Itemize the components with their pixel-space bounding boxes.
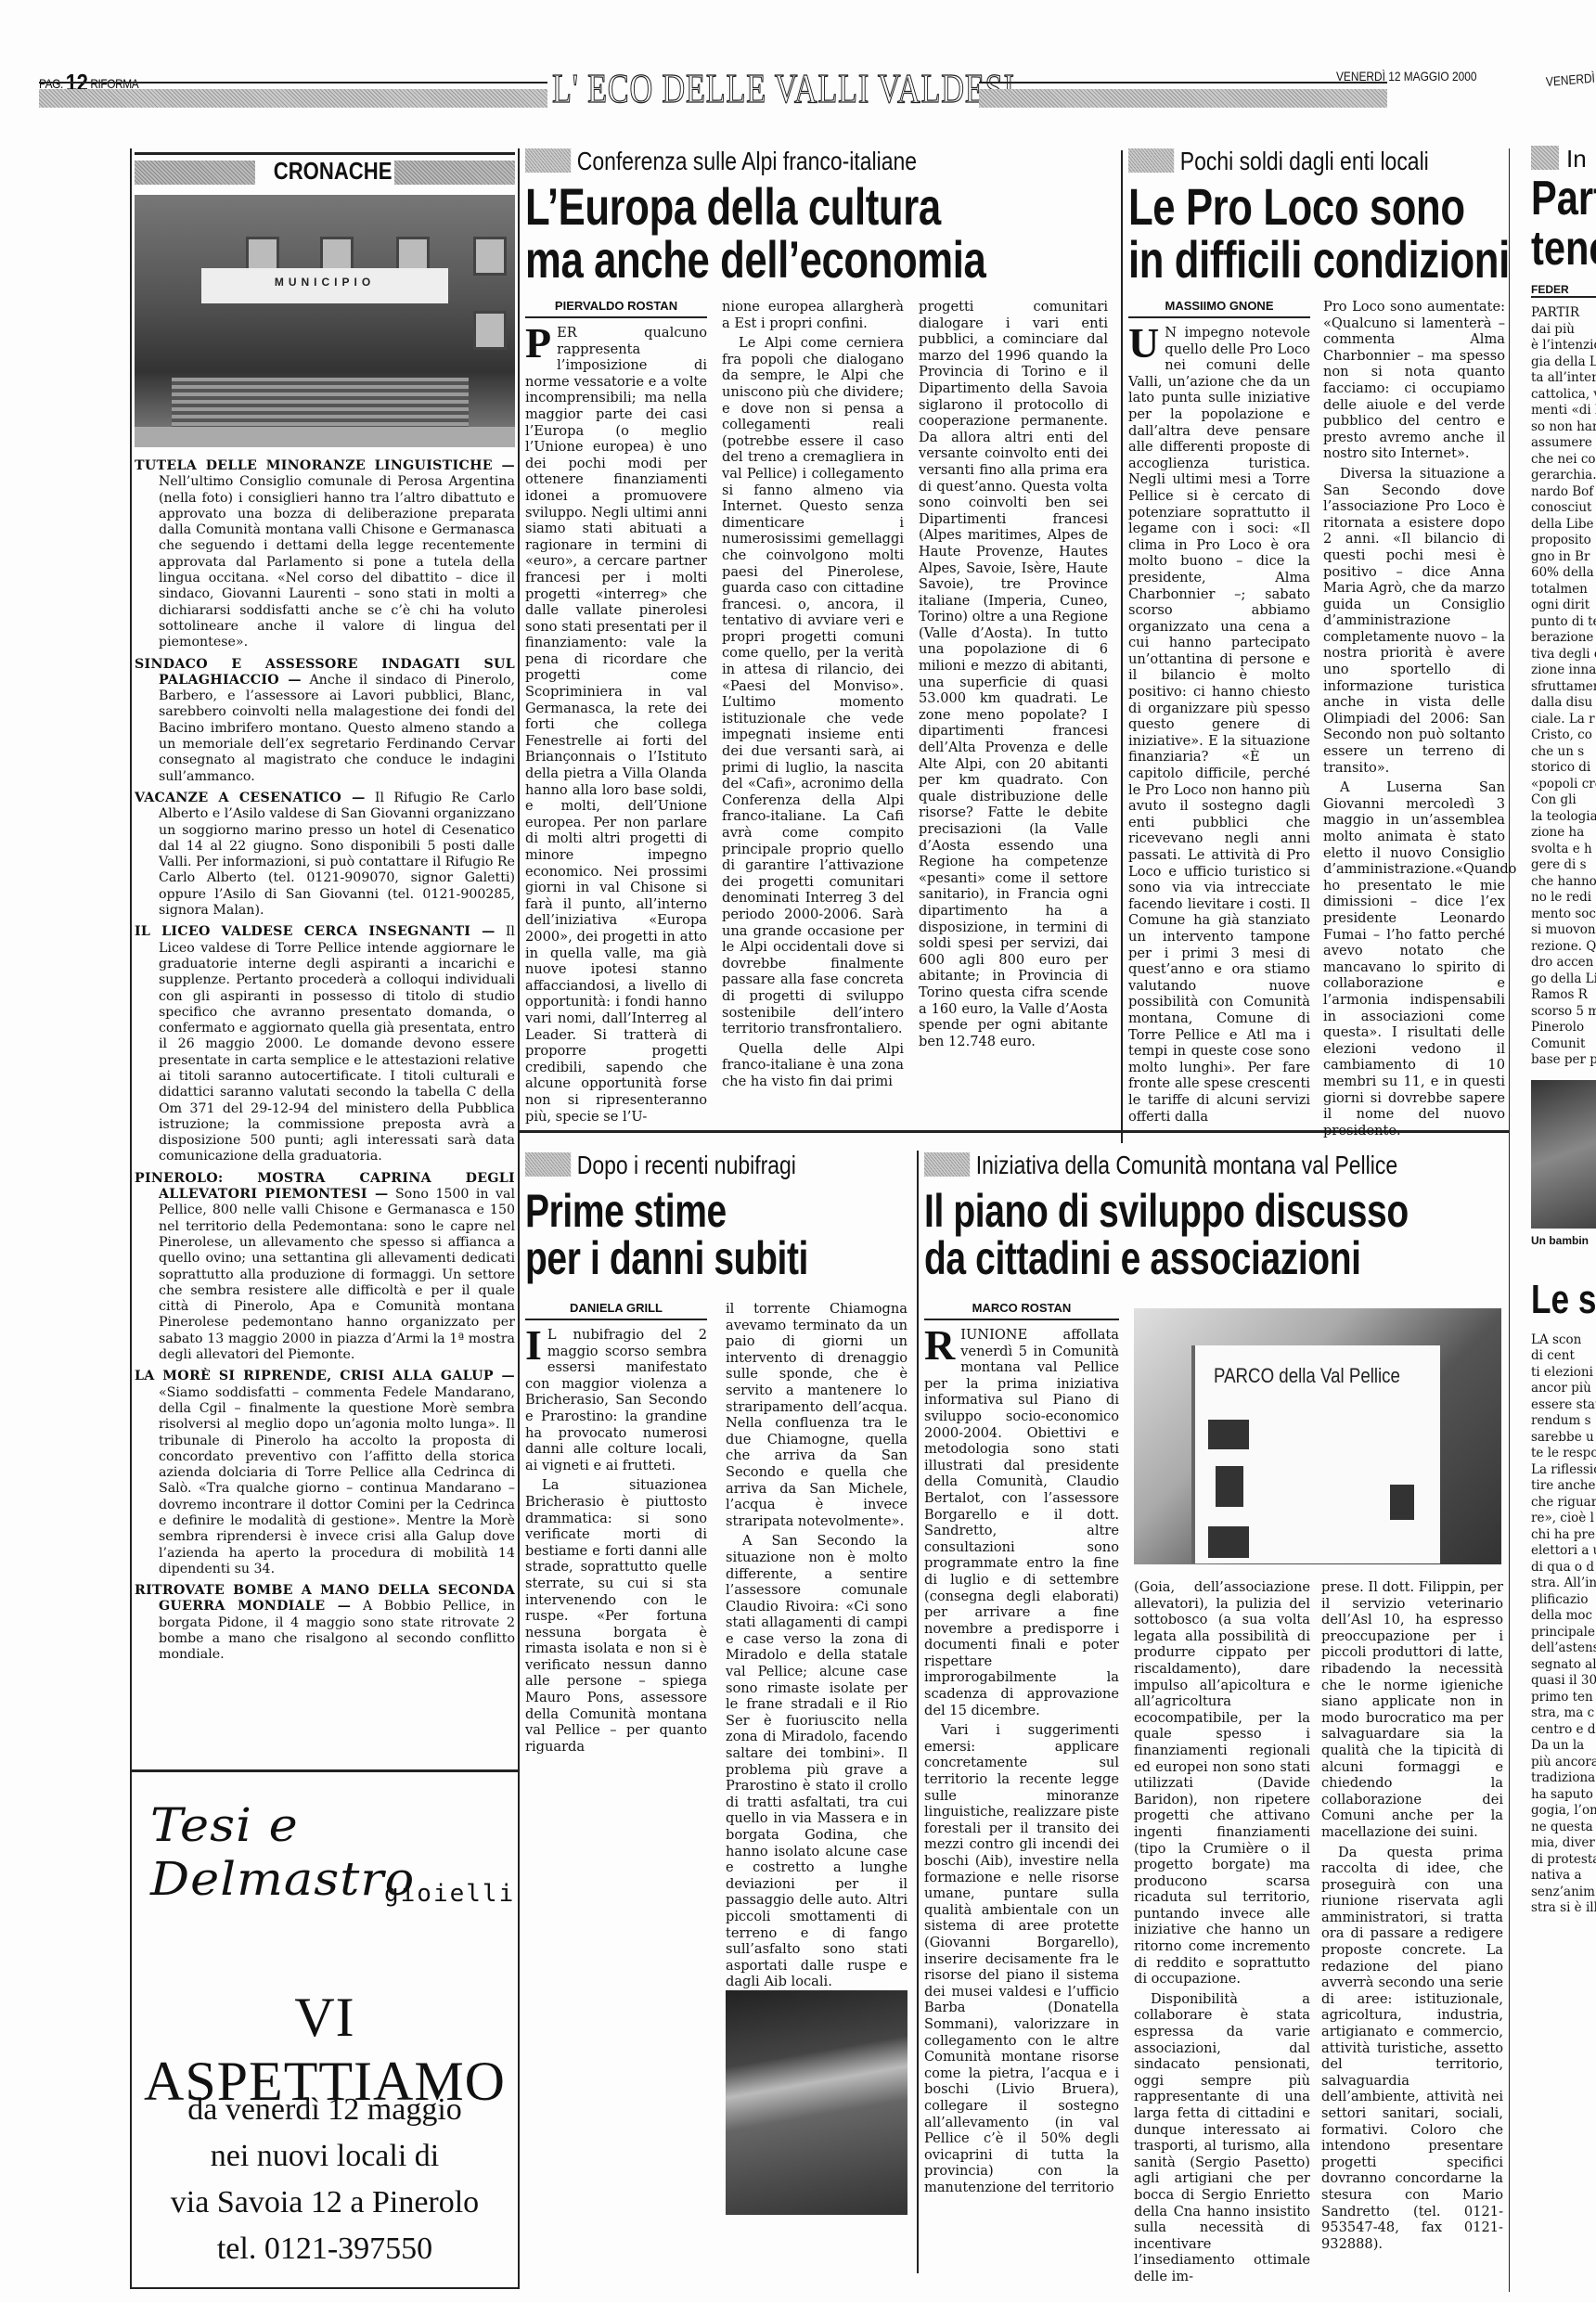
adjacent-headline-2: Le s <box>1531 1275 1583 1325</box>
text-line: stra. All’in <box>1531 1576 1596 1592</box>
text-line: Pinerolo <box>1531 1020 1596 1036</box>
text-line: ciale. La r <box>1531 712 1596 728</box>
text-line: menti «di b <box>1531 403 1596 419</box>
text-line: ti elezioni <box>1531 1365 1596 1382</box>
masthead: PAG. 12 RIFORMA L' ECO DELLE VALLI VALDE… <box>0 0 1596 130</box>
text-line: gogia, l’on <box>1531 1803 1596 1820</box>
text-line: essere stat <box>1531 1397 1596 1414</box>
dropcap: R <box>924 1329 955 1362</box>
text-line: ta all’intern <box>1531 370 1596 387</box>
article-headline: Le Pro Loco sono in difficili condizioni <box>1128 180 1510 286</box>
brief-item: VACANZE A CESENATICO — Il Rifugio Re Car… <box>135 791 515 919</box>
text-line: go della Li <box>1531 971 1596 988</box>
column-rule <box>1121 150 1123 1143</box>
text-line: Da un la <box>1531 1738 1596 1755</box>
adjacent-kicker: In <box>1531 145 1596 174</box>
text-line: Con gli <box>1531 792 1596 809</box>
text-line: dalla disu <box>1531 695 1596 712</box>
masthead-band-full-left <box>39 82 547 108</box>
text-line: svolta e h <box>1531 842 1596 858</box>
article-byline: MARCO ROSTAN <box>924 1301 1119 1320</box>
brief-item: LA MORÈ SI RIPRENDE, CRISI ALLA GALUP — … <box>135 1369 515 1577</box>
municipio-photo: MUNICIPIO <box>135 195 515 447</box>
article-column: prese. Il dott. Filippin, per il servizi… <box>1321 1579 1503 2252</box>
text-line: La riflessio <box>1531 1462 1596 1479</box>
text-line: mento soc <box>1531 907 1596 923</box>
text-line: plificazio <box>1531 1592 1596 1609</box>
column-rule <box>1509 148 1510 2292</box>
paragraph: Pro Loco sono aumentate: «Qualcuno si la… <box>1323 299 1505 462</box>
article-kicker: Pochi soldi dagli enti locali <box>1128 147 1429 176</box>
article-column: Pro Loco sono aumentate: «Qualcuno si la… <box>1323 299 1505 1139</box>
article-column: nione europea allargherà a Est i propri … <box>722 299 904 1090</box>
text-line: che un s <box>1531 744 1596 761</box>
text-line: si muovon <box>1531 922 1596 939</box>
text-line: quasi il 30 <box>1531 1673 1596 1690</box>
adjacent-page-date: VENERDÌ 12 <box>1546 69 1596 89</box>
text-line: ogni dirit <box>1531 598 1596 614</box>
article-headline: Prime stime per i danni subiti <box>525 1188 808 1282</box>
paragraph: Da questa prima raccolta di idee, che pr… <box>1321 1845 1503 2253</box>
municipio-sign: MUNICIPIO <box>201 268 448 289</box>
text-line: gerarchia. <box>1531 468 1596 484</box>
masthead-rule-right <box>979 82 1387 117</box>
text-line: Comunit <box>1531 1036 1596 1053</box>
paragraph: Vari i suggerimenti emersi: applicare co… <box>924 1722 1119 2195</box>
text-line: sfruttamen <box>1531 679 1596 696</box>
article-headline: L’Europa della cultura ma anche dell’eco… <box>525 180 985 286</box>
paragraph: (Goia, dell’associazione allevatori), la… <box>1134 1579 1310 1988</box>
section-header: CRONACHE <box>135 152 515 189</box>
text-line: storico di <box>1531 760 1596 777</box>
column-rule <box>518 148 520 1770</box>
cronache-column: CRONACHE MUNICIPIO TUTELA DELLE MINORANZ… <box>135 148 515 1664</box>
adjacent-headline: Parttenc <box>1531 174 1583 274</box>
text-line: della Libe <box>1531 517 1596 534</box>
text-line: rezione. Q <box>1531 939 1596 956</box>
paragraph: Quella delle Alpi franco-italiane è una … <box>722 1041 904 1090</box>
adjacent-photo-caption: Un bambin <box>1531 1234 1596 1247</box>
ad-line: via Savoia 12 a Pinerolo <box>132 2185 518 2220</box>
article-byline: PIERVALDO ROSTAN <box>525 299 707 318</box>
brief-item: RITROVATE BOMBE A MANO DELLA SECONDA GUE… <box>135 1583 515 1663</box>
text-line: segnato al <box>1531 1657 1596 1674</box>
dropcap: I <box>525 1329 542 1362</box>
text-line: dro accen <box>1531 955 1596 971</box>
article-kicker: Conferenza sulle Alpi franco-italiane <box>525 147 917 176</box>
paragraph: A San Secondo la situazione non è molto … <box>726 1533 907 1990</box>
text-line: dai più <box>1531 322 1596 339</box>
briefs-list: TUTELA DELLE MINORANZE LINGUISTICHE — Ne… <box>135 458 515 1664</box>
dropcap: P <box>525 327 551 360</box>
adjacent-photo <box>1531 1080 1596 1229</box>
adjacent-text-2: LA scondi centti elezioniancor piùessere… <box>1531 1332 1596 1917</box>
text-line: ha saputo <box>1531 1787 1596 1804</box>
brief-item: PINEROLO: MOSTRA CAPRINA DEGLI ALLEVATOR… <box>135 1171 515 1364</box>
article-column: (Goia, dell’associazione allevatori), la… <box>1134 1579 1310 2285</box>
text-line: tradiziona <box>1531 1770 1596 1787</box>
article-column: il torrente Chiamogna avevamo terminato … <box>726 1301 907 1990</box>
text-line: che hanno <box>1531 874 1596 891</box>
text-line: zione inna <box>1531 663 1596 679</box>
text-line: sarebbe u <box>1531 1430 1596 1447</box>
paragraph: prese. Il dott. Filippin, per il servizi… <box>1321 1579 1503 1841</box>
text-line: Ramos R <box>1531 987 1596 1004</box>
brief-item: IL LICEO VALDESE CERCA INSEGNANTI — Il L… <box>135 924 515 1164</box>
text-line: conosciut <box>1531 500 1596 517</box>
text-line: LA scon <box>1531 1332 1596 1349</box>
adjacent-text: PARTIRdai piùè l’intenziogia della Lita … <box>1531 305 1596 1069</box>
text-line: PARTIR <box>1531 305 1596 322</box>
text-line: di qua o d <box>1531 1560 1596 1576</box>
text-line: gere di s <box>1531 857 1596 874</box>
text-line: re», cioè l <box>1531 1511 1596 1527</box>
article-kicker: Dopo i recenti nubifragi <box>525 1151 796 1180</box>
text-line: rendum s <box>1531 1413 1596 1430</box>
text-line: gno in Br <box>1531 549 1596 566</box>
text-line: assumere <box>1531 435 1596 452</box>
text-line: Cristo, co <box>1531 727 1596 744</box>
text-line: berazione <box>1531 630 1596 647</box>
text-line: tiva degli o <box>1531 647 1596 663</box>
article-column: IL nubifragio del 2 maggio scorso sembra… <box>525 1327 707 1755</box>
article-column: progetti comunitari dialogare i vari ent… <box>919 299 1108 1049</box>
supplement-logo: L' ECO DELLE VALLI VALDESI <box>552 65 885 112</box>
text-line: ancor più <box>1531 1381 1596 1397</box>
text-line: punto di te <box>1531 614 1596 631</box>
text-line: che nei co <box>1531 452 1596 469</box>
text-line: mia, diver <box>1531 1835 1596 1852</box>
paragraph: A Luserna San Giovanni mercoledì 3 maggi… <box>1323 779 1505 1139</box>
brief-item: TUTELA DELLE MINORANZE LINGUISTICHE — Ne… <box>135 458 515 651</box>
text-line: nativa a <box>1531 1868 1596 1885</box>
brief-item: SINDACO E ASSESSORE INDAGATI SUL PALAGHI… <box>135 657 515 785</box>
text-line: primo ten <box>1531 1690 1596 1706</box>
ad-line: tel. 0121-397550 <box>132 2232 518 2267</box>
text-line: di cent <box>1531 1348 1596 1365</box>
text-line: so non han <box>1531 419 1596 436</box>
text-line: te le respo <box>1531 1446 1596 1462</box>
adjacent-page-edge: In Parttenc FEDER PARTIRdai piùè l’inten… <box>1531 139 1596 2303</box>
paragraph: IL nubifragio del 2 maggio scorso sembra… <box>525 1327 707 1473</box>
text-line: base per p <box>1531 1052 1596 1069</box>
ad-line: nei nuovi locali di <box>132 2139 518 2174</box>
text-line: dell’astens <box>1531 1640 1596 1657</box>
text-line: senz’anim <box>1531 1885 1596 1901</box>
parco-val-pellice-photo: PARCO della Val Pellice <box>1134 1308 1501 1564</box>
paragraph: Diversa la situazione a San Secondo dove… <box>1323 466 1505 776</box>
text-line: tire anche <box>1531 1478 1596 1495</box>
landslide-photo <box>726 1990 907 2215</box>
paragraph: Disponibilità a collaborare è stata espr… <box>1134 1991 1310 2285</box>
text-line: chi ha pre <box>1531 1527 1596 1544</box>
text-line: di protesta <box>1531 1852 1596 1869</box>
text-line: 60% della <box>1531 565 1596 582</box>
paragraph: il torrente Chiamogna avevamo terminato … <box>726 1301 907 1529</box>
adjacent-byline: FEDER <box>1531 283 1596 298</box>
column-rule <box>917 1151 919 2273</box>
article-column: UN impegno notevole quello delle Pro Loc… <box>1128 325 1310 1125</box>
dropcap: U <box>1128 327 1159 360</box>
ad-line: da venerdì 12 maggio <box>132 2092 518 2128</box>
text-line: che riguar <box>1531 1495 1596 1512</box>
text-line: la teologia <box>1531 809 1596 826</box>
jeweler-advertisement: Tesi e Delmastro gioielli VI ASPETTIAMO … <box>130 1769 520 2289</box>
text-line: scorso 5 m <box>1531 1004 1596 1021</box>
text-line: proposito <box>1531 533 1596 549</box>
article-kicker: Iniziativa della Comunità montana val Pe… <box>924 1151 1397 1180</box>
parco-sign: PARCO della Val Pellice <box>1214 1364 1400 1388</box>
text-line: «popoli cro <box>1531 777 1596 793</box>
section-title: CRONACHE <box>274 157 377 186</box>
text-line: no le redi <box>1531 890 1596 907</box>
paragraph: Le Alpi come cerniera fra popoli che dia… <box>722 335 904 1037</box>
text-line: stra si è ill <box>1531 1900 1596 1917</box>
article-byline: MASSIIMO GNONE <box>1128 299 1310 318</box>
text-line: zione ha <box>1531 825 1596 842</box>
text-line: della moc <box>1531 1608 1596 1625</box>
paragraph: La situazionea Bricherasio è piuttosto d… <box>525 1477 707 1755</box>
text-line: totalmen <box>1531 582 1596 598</box>
text-line: stra, ma c <box>1531 1705 1596 1722</box>
text-line: cattolica, v <box>1531 387 1596 404</box>
text-line: elettori a u <box>1531 1543 1596 1560</box>
text-line: più ancora <box>1531 1755 1596 1771</box>
text-line: gia della Li <box>1531 354 1596 371</box>
article-headline: Il piano di sviluppo discusso da cittadi… <box>924 1188 1409 1282</box>
article-byline: DANIELA GRILL <box>525 1301 707 1320</box>
paragraph: RIUNIONE affollata venerdì 5 in Comunità… <box>924 1327 1119 1718</box>
text-line: ne questa <box>1531 1820 1596 1836</box>
column-rule <box>130 148 132 1770</box>
text-line: principale <box>1531 1625 1596 1641</box>
article-column: PER qualcuno rappresenta l’imposizione d… <box>525 325 707 1125</box>
paragraph: nione europea allargherà a Est i propri … <box>722 299 904 331</box>
text-line: è l’intenzio <box>1531 338 1596 354</box>
issue-date: VENERDÌ 12 MAGGIO 2000 <box>1336 69 1476 84</box>
article-column: RIUNIONE affollata venerdì 5 in Comunità… <box>924 1327 1119 2195</box>
text-line: centro e da <box>1531 1722 1596 1739</box>
text-line: nardo Bof <box>1531 484 1596 501</box>
ad-tagline: gioielli <box>384 1880 515 1908</box>
